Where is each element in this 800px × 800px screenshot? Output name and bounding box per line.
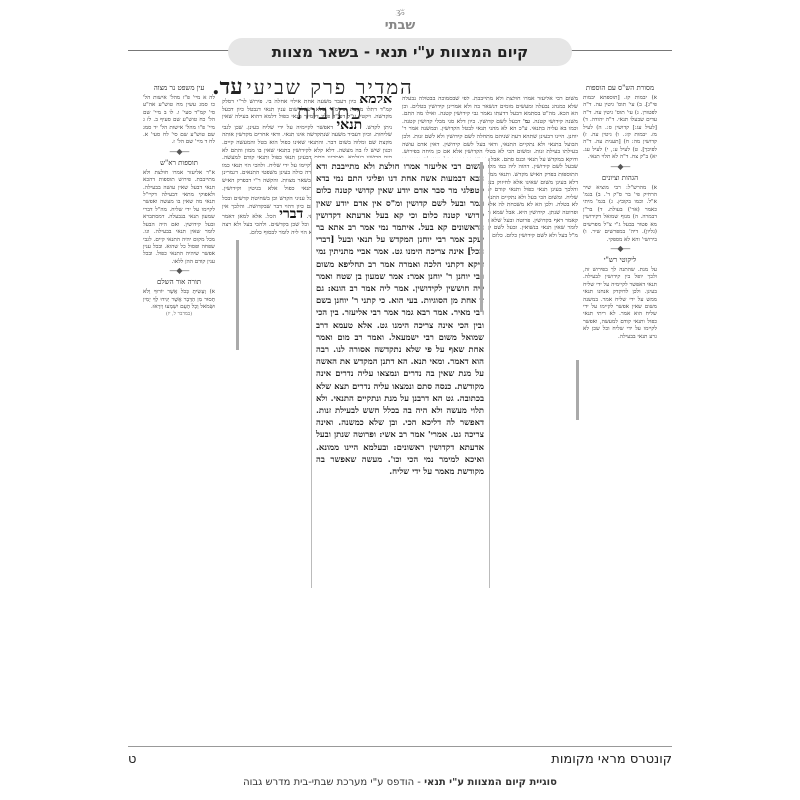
- gemara-main-text: משום רבי אליעזר אמרו חולצת ולא מתייבבת ו…: [312, 158, 488, 588]
- page-topic-title: קיום המצוות ע"י תנאי - בשאר מצוות: [228, 38, 572, 66]
- tosafot-dibur-hamatchil-2: תנאי: [336, 117, 362, 133]
- likutei-rashi-heading: ליקוטי רש"י: [583, 256, 657, 265]
- likutei-rashi-text: על מנת. שהתנה לך בפירוש זה, ולכך יופל בי…: [583, 267, 657, 341]
- ornament-divider-icon: —◆—: [143, 147, 215, 157]
- footer-credit-publisher: - הודפס ע"י מערכת שבתי-בית מדרש גבוה: [243, 777, 424, 788]
- footer-credit-topic: סוגיית קיום המצוות ע"י תנאי: [424, 777, 557, 788]
- ornament-divider-icon: —◆—: [583, 244, 657, 254]
- hagahot-text: א) מהרש"ל: רבי מוציא שיר הרחיק פי' בר ס"…: [583, 185, 657, 244]
- footer-page-letter: ט: [128, 752, 136, 767]
- masoret-hashas-text: א) יבמות קז. [תוספתא יבמות פי"ג]. ב) עי'…: [583, 95, 657, 162]
- highlight-marker: [480, 162, 483, 312]
- highlight-marker: [236, 240, 239, 350]
- tosafot-dibur-hamatchil: אלמא: [359, 96, 392, 107]
- ein-mishpat-heading: עין משפט נר מצוה: [143, 84, 215, 93]
- tosafot-dibur-hamatchil-4: דברי: [279, 206, 303, 222]
- hagahot-heading: הגהות וציונים: [583, 174, 657, 183]
- masoret-hashas-heading: מסורת הש"ס עם הוספות: [583, 84, 657, 93]
- torah-or-heading: תורה אור השלם: [143, 278, 215, 287]
- gemara-border-right: [489, 158, 490, 588]
- logo-wordmark: שבתי: [378, 19, 422, 33]
- publisher-logo: ૐ שבתי: [378, 10, 422, 40]
- footer-booklet-title: קונטרס מראי מקומות: [551, 752, 672, 767]
- highlight-marker: [576, 360, 579, 420]
- torah-or-text: א) וְעָשִׂיתָ כְּכֹל אֲשֶׁר יוֹרוּךָ וְל…: [143, 289, 215, 311]
- right-margin-column: מסורת הש"ס עם הוספות א) יבמות קז. [תוספת…: [583, 82, 657, 722]
- ornament-divider-icon: —◆—: [583, 162, 657, 172]
- gemara-text: משום רבי אליעזר אמרו חולצת ולא מתייבבת ו…: [316, 161, 484, 476]
- tosafot-harosh-text: א"ר אליעזר אמרו חולצת ולא מתייבבת. פירוש…: [143, 170, 215, 266]
- gemara-marker: גמ': [523, 119, 530, 125]
- ein-mishpat-text: לה א מיי' פ"ז מהל' אישות הל' כו סמג עשין…: [143, 95, 215, 147]
- left-margin-column: עין משפט נר מצוה לה א מיי' פ"ז מהל' אישו…: [143, 82, 215, 602]
- torah-or-reference: (במדבר ל, יז): [143, 311, 215, 318]
- ornament-divider-icon: —◆—: [143, 266, 215, 276]
- footer-credit: סוגיית קיום המצוות ע"י תנאי - הודפס ע"י …: [140, 777, 660, 788]
- footer-rule: [128, 746, 672, 747]
- tosafot-harosh-heading: תוספות רא"ש: [143, 159, 215, 168]
